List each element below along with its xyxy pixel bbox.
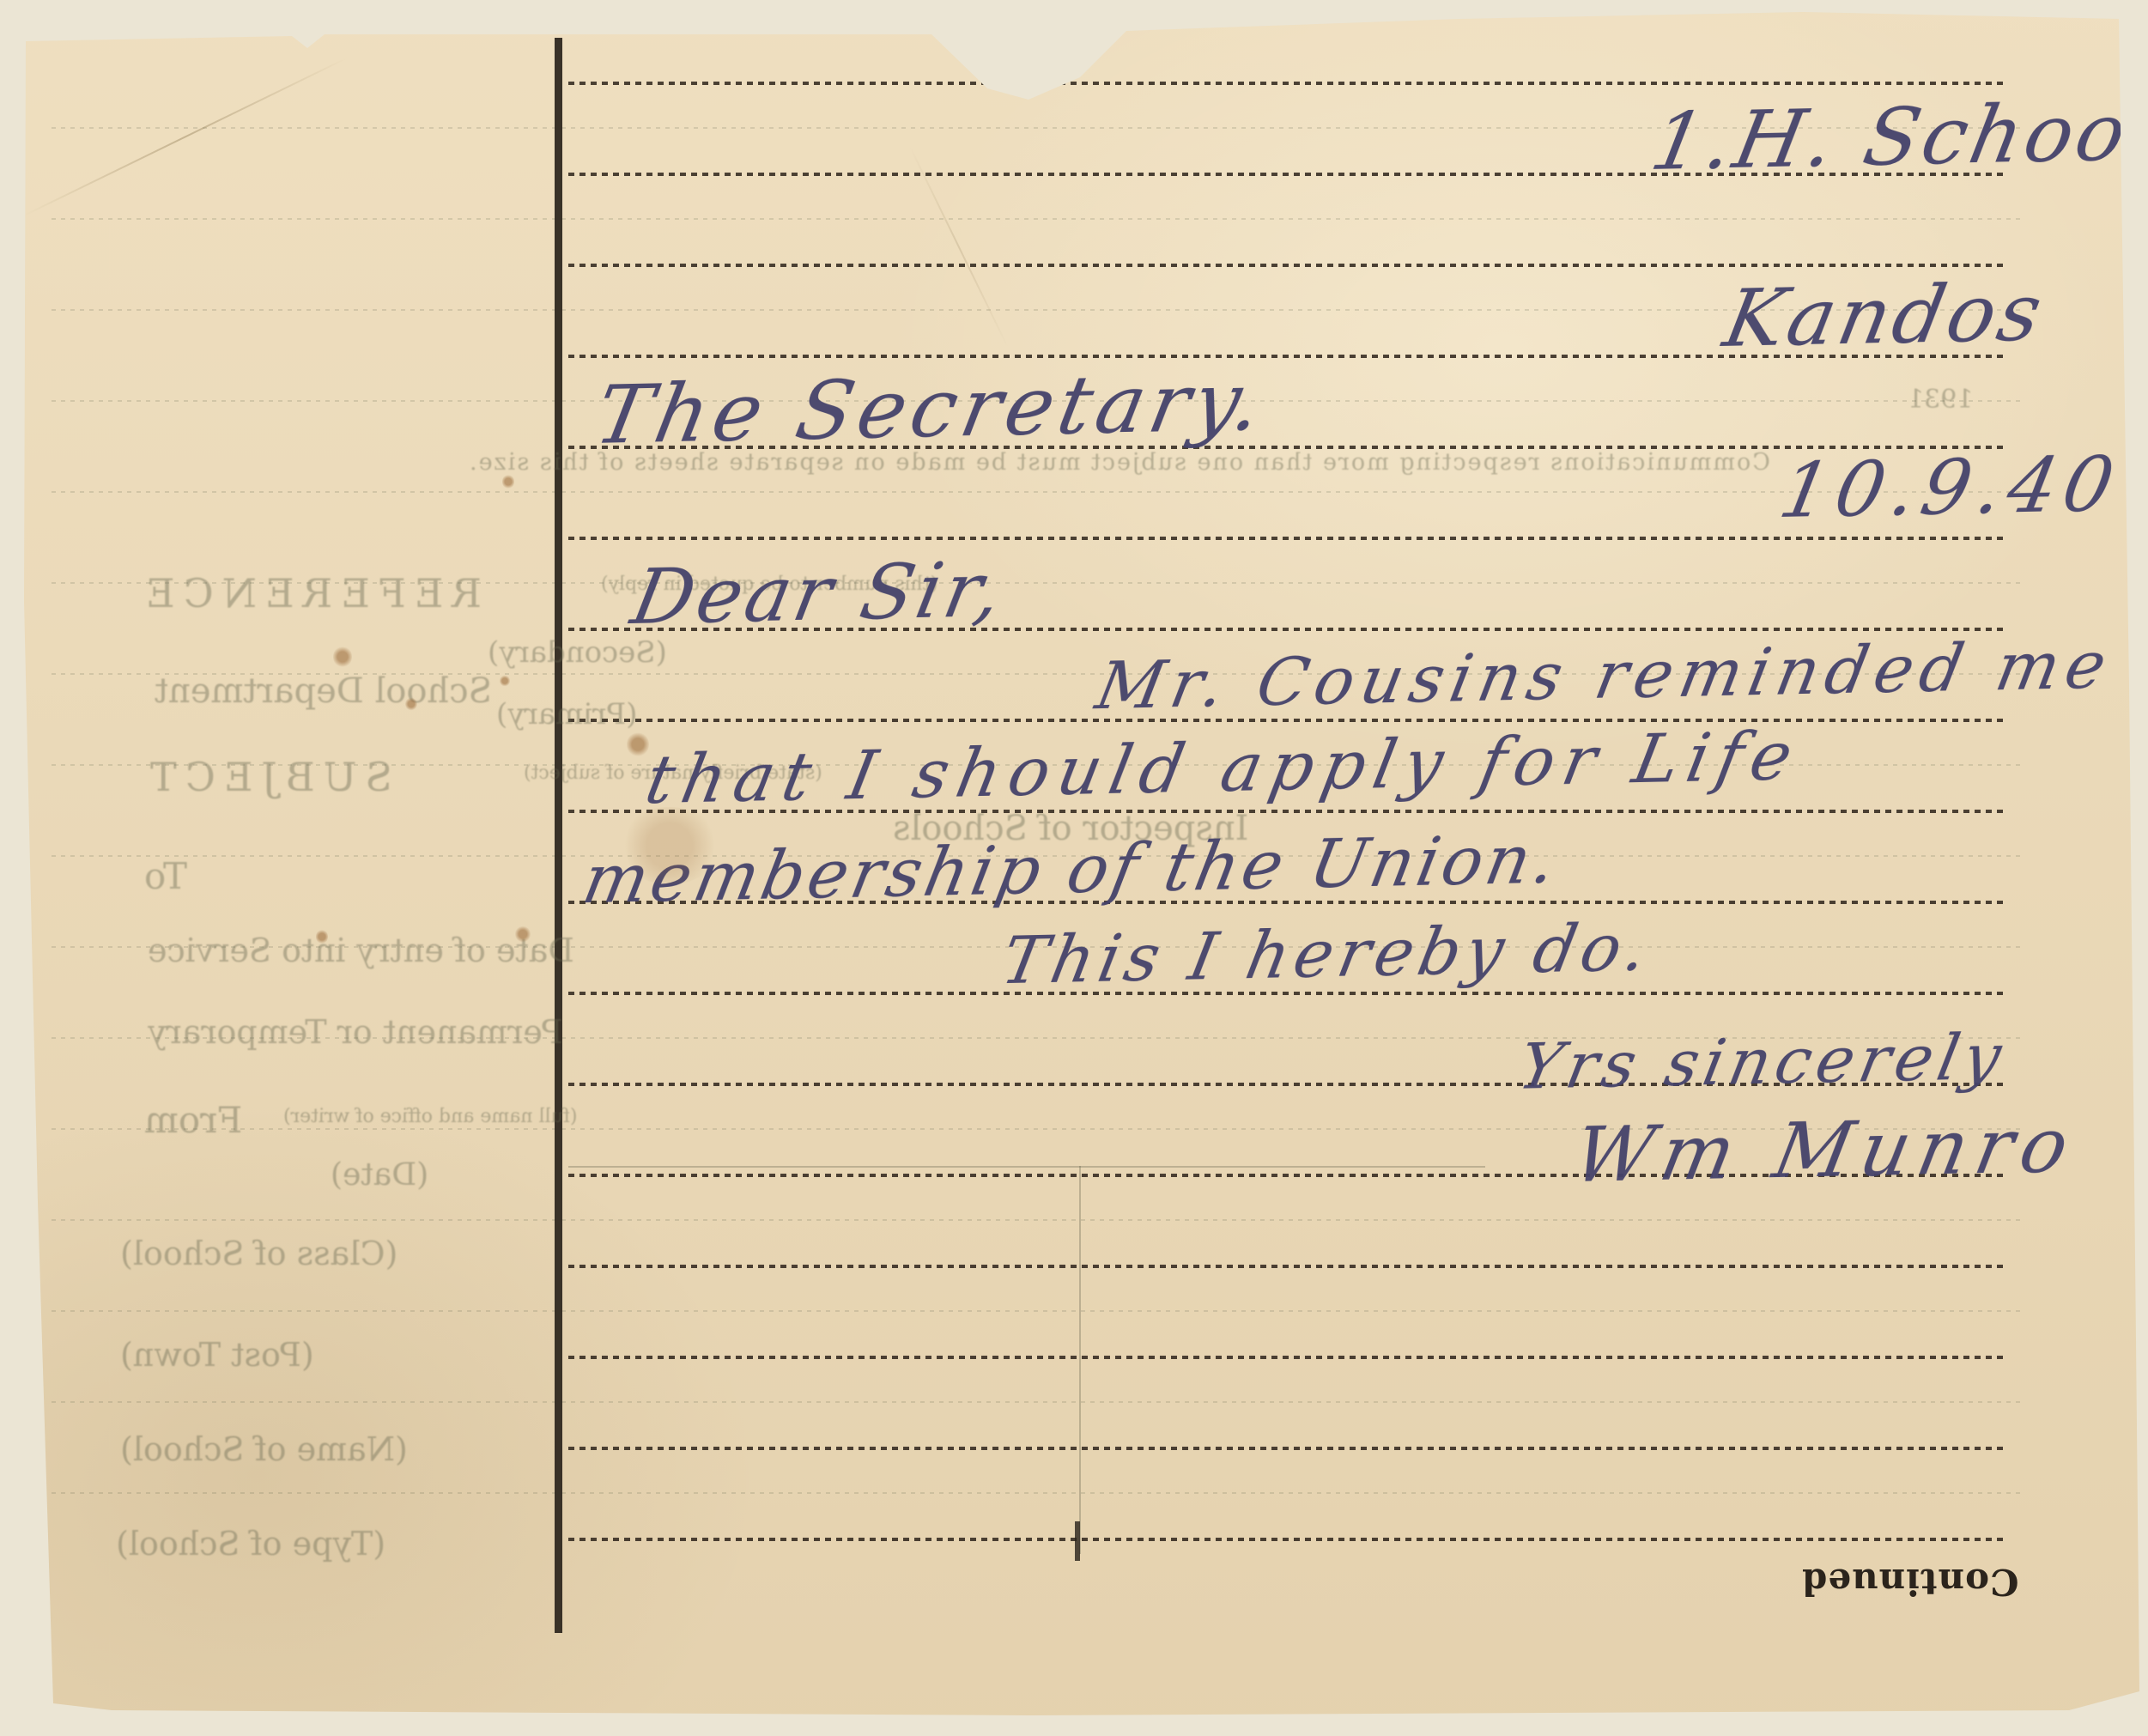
heading-date: 10.9.40	[1773, 440, 2127, 535]
ruled-line-dark	[568, 1356, 2005, 1359]
ruled-line-dark	[568, 1447, 2005, 1450]
paper-spot	[333, 646, 352, 668]
ruled-line-bleed	[52, 1492, 2022, 1494]
signature: Wm Munro	[1567, 1101, 2084, 1199]
paper-stain	[618, 807, 721, 884]
bleed-from-label: From	[144, 1099, 242, 1141]
bleed-subject-label: SUBJECT	[142, 754, 392, 800]
bleed-to-label: To	[144, 855, 187, 897]
salutation-line: Dear Sir,	[625, 545, 1012, 641]
paper-spot	[500, 675, 510, 687]
ruled-line-bleed	[52, 218, 2022, 220]
heading-town: Kandos	[1717, 266, 2052, 365]
ruled-line-bleed	[52, 1310, 2022, 1312]
bleed-department-label: School Department	[155, 671, 492, 711]
bleed-footer-post-town: (Post Town)	[120, 1336, 314, 1374]
ruled-line-dark	[568, 1538, 2005, 1541]
ruled-line-dark	[568, 82, 2005, 85]
ink-tick-mark	[1075, 1521, 1080, 1561]
scanned-letter-page: Communications respecting more than one …	[0, 0, 2148, 1736]
paper-spot	[515, 926, 531, 943]
ruled-line-dark	[568, 1265, 2005, 1268]
bleed-table-hline	[568, 1166, 1485, 1168]
paper-spot	[627, 731, 649, 757]
bleed-date-entry-label: Date of entry into Service	[148, 932, 574, 969]
ruled-line-bleed	[52, 491, 2022, 493]
body-line-4: This I hereby do.	[996, 908, 1659, 999]
recipient-line: The Secretary.	[588, 355, 1274, 463]
bleed-footer-class-of-school: (Class of School)	[120, 1235, 397, 1272]
bleed-form-year: 1931	[1908, 385, 1973, 415]
paper-spot	[502, 474, 514, 489]
ruled-line-bleed	[52, 309, 2022, 311]
bleed-reference-label: REFERENCE	[137, 570, 482, 616]
ruled-line-dark	[568, 537, 2005, 540]
bleed-permanent-label: Permanent or Temporary	[148, 1013, 563, 1051]
ruled-line-dark	[568, 264, 2005, 267]
paper-sheet: Communications respecting more than one …	[0, 0, 2148, 1736]
bleed-footer-date: (Date)	[331, 1157, 428, 1193]
paper-spot	[405, 697, 417, 711]
paper-spot	[316, 929, 328, 944]
closing-line: Yrs sincerely	[1513, 1020, 2012, 1104]
bleed-footer-name-of-school: (Name of School)	[120, 1430, 408, 1468]
heading-school-name: 1.H. School	[1644, 86, 2148, 188]
bleed-department-primary: (Primary)	[496, 697, 638, 731]
continued-label: Continued	[1801, 1561, 2019, 1603]
margin-rule-line	[555, 38, 562, 1633]
bleed-from-hint: (full name and office of writer)	[283, 1106, 577, 1127]
ruled-line-bleed	[52, 1219, 2022, 1221]
bleed-footer-type-of-school: (Type of School)	[116, 1525, 385, 1563]
ruled-line-bleed	[52, 1401, 2022, 1403]
bleed-table-vline	[1079, 1166, 1081, 1554]
